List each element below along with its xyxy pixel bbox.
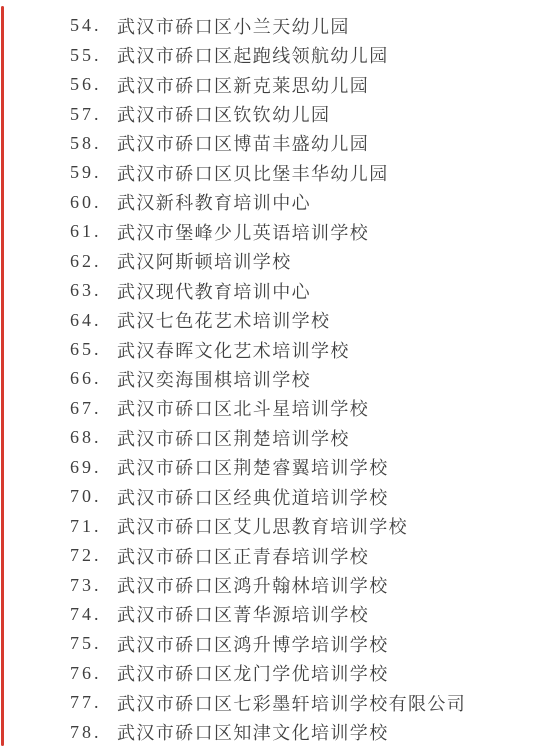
list-item-name: 武汉市硚口区北斗星培训学校 [117,395,369,421]
list-item: 78. 武汉市硚口区知津文化培训学校 [70,718,540,747]
list-item: 55. 武汉市硚口区起跑线领航幼儿园 [70,40,540,69]
list-item: 61. 武汉市堡峰少儿英语培训学校 [70,217,540,246]
list-item-number: 76. [70,663,117,684]
list-item-number: 75. [70,633,117,654]
list-item: 72. 武汉市硚口区正青春培训学校 [70,541,540,570]
list-item-number: 55. [70,45,117,66]
list-item-number: 71. [70,516,117,537]
list-item: 58. 武汉市硚口区博苗丰盛幼儿园 [70,129,540,158]
list-item-number: 72. [70,545,117,566]
list-item-name: 武汉七色花艺术培训学校 [117,307,330,333]
list-item-name: 武汉市硚口区起跑线领航幼儿园 [117,42,389,68]
list-item: 77. 武汉市硚口区七彩墨轩培训学校有限公司 [70,688,540,717]
list-item-name: 武汉市硚口区正青春培训学校 [117,543,369,569]
list-item-number: 62. [70,251,117,272]
list-item-number: 70. [70,486,117,507]
list-item: 65. 武汉春晖文化艺术培训学校 [70,335,540,364]
list-item: 60. 武汉新科教育培训中心 [70,188,540,217]
list-item-name: 武汉市硚口区菁华源培训学校 [117,601,369,627]
list-item: 68. 武汉市硚口区荆楚培训学校 [70,423,540,452]
list-item: 57. 武汉市硚口区钦钦幼儿园 [70,99,540,128]
list-item-name: 武汉现代教育培训中心 [117,278,311,304]
list-item-number: 64. [70,310,117,331]
list-item-number: 63. [70,280,117,301]
list-item: 75. 武汉市硚口区鸿升博学培训学校 [70,629,540,658]
list-item-number: 60. [70,192,117,213]
list-item-number: 58. [70,133,117,154]
list-item-name: 武汉市硚口区新克莱思幼儿园 [117,72,369,98]
list-item-name: 武汉市堡峰少儿英语培训学校 [117,219,369,245]
list-item: 70. 武汉市硚口区经典优道培训学校 [70,482,540,511]
list-item-name: 武汉市硚口区小兰天幼儿园 [117,13,350,39]
list-item: 76. 武汉市硚口区龙门学优培训学校 [70,659,540,688]
list-item-name: 武汉市硚口区荆楚睿翼培训学校 [117,454,389,480]
list-item: 66. 武汉奕海围棋培训学校 [70,364,540,393]
list-item-number: 57. [70,104,117,125]
list-item-number: 67. [70,398,117,419]
list-item-name: 武汉春晖文化艺术培训学校 [117,337,350,363]
list-item-number: 66. [70,368,117,389]
list-item-number: 74. [70,604,117,625]
list-item-number: 59. [70,162,117,183]
list-item-number: 54. [70,15,117,36]
list-item-name: 武汉市硚口区鸿升博学培训学校 [117,631,389,657]
list-item-name: 武汉市硚口区艾儿思教育培训学校 [117,513,408,539]
list-item-number: 69. [70,457,117,478]
list-item-number: 65. [70,339,117,360]
list-item: 74. 武汉市硚口区菁华源培训学校 [70,600,540,629]
list-item: 56. 武汉市硚口区新克莱思幼儿园 [70,70,540,99]
list-item-number: 77. [70,692,117,713]
list-item: 63. 武汉现代教育培训中心 [70,276,540,305]
list-item-name: 武汉奕海围棋培训学校 [117,366,311,392]
list-item-name: 武汉新科教育培训中心 [117,189,311,215]
list-item: 69. 武汉市硚口区荆楚睿翼培训学校 [70,453,540,482]
list-item-name: 武汉市硚口区知津文化培训学校 [117,719,389,745]
list-item-name: 武汉市硚口区鸿升翰林培训学校 [117,572,389,598]
list-item-name: 武汉市硚口区钦钦幼儿园 [117,101,330,127]
list-item-name: 武汉阿斯顿培训学校 [117,248,292,274]
list-item-number: 56. [70,74,117,95]
list-item: 73. 武汉市硚口区鸿升翰林培训学校 [70,570,540,599]
list-item-number: 61. [70,221,117,242]
list-item-number: 68. [70,427,117,448]
list-item-name: 武汉市硚口区龙门学优培训学校 [117,660,389,686]
list-item-name: 武汉市硚口区博苗丰盛幼儿园 [117,130,369,156]
list-item-number: 73. [70,575,117,596]
list-item-name: 武汉市硚口区荆楚培训学校 [117,425,350,451]
list-item: 64. 武汉七色花艺术培训学校 [70,305,540,334]
list-item: 62. 武汉阿斯顿培训学校 [70,247,540,276]
list-item-number: 78. [70,722,117,743]
list-item: 71. 武汉市硚口区艾儿思教育培训学校 [70,511,540,540]
red-accent-line [1,6,4,746]
list-item: 67. 武汉市硚口区北斗星培训学校 [70,394,540,423]
list-item: 54. 武汉市硚口区小兰天幼儿园 [70,11,540,40]
school-list: 54. 武汉市硚口区小兰天幼儿园 55. 武汉市硚口区起跑线领航幼儿园 56. … [70,11,540,747]
list-item-name: 武汉市硚口区七彩墨轩培训学校有限公司 [117,690,466,716]
list-item-name: 武汉市硚口区贝比堡丰华幼儿园 [117,160,389,186]
list-item-name: 武汉市硚口区经典优道培训学校 [117,484,389,510]
list-item: 59. 武汉市硚口区贝比堡丰华幼儿园 [70,158,540,187]
